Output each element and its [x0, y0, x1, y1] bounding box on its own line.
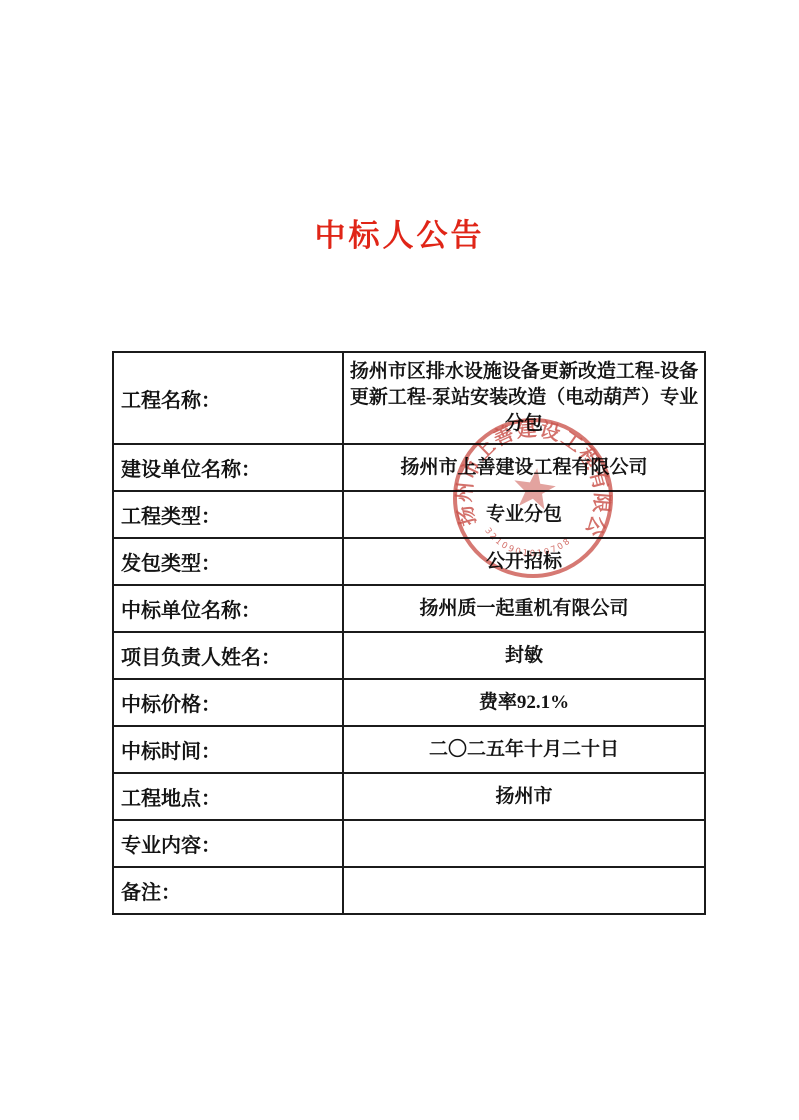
table-row-construction-unit: 建设单位名称： 扬州市上善建设工程有限公司	[113, 444, 705, 491]
table-row-winning-date: 中标时间： 二〇二五年十月二十日	[113, 726, 705, 773]
table-row-project-location: 工程地点： 扬州市	[113, 773, 705, 820]
label-winning-date: 中标时间：	[113, 726, 343, 773]
announcement-table: 工程名称： 扬州市区排水设施设备更新改造工程-设备更新工程-泵站安装改造（电动葫…	[112, 351, 706, 915]
label-project-leader: 项目负责人姓名：	[113, 632, 343, 679]
value-specialty-content	[343, 820, 705, 867]
value-project-name: 扬州市区排水设施设备更新改造工程-设备更新工程-泵站安装改造（电动葫芦）专业分包	[343, 352, 705, 444]
value-project-leader: 封敏	[343, 632, 705, 679]
table-row-project-name: 工程名称： 扬州市区排水设施设备更新改造工程-设备更新工程-泵站安装改造（电动葫…	[113, 352, 705, 444]
value-project-type: 专业分包	[343, 491, 705, 538]
label-project-type: 工程类型：	[113, 491, 343, 538]
label-construction-unit: 建设单位名称：	[113, 444, 343, 491]
value-winning-price: 费率92.1%	[343, 679, 705, 726]
value-winning-date: 二〇二五年十月二十日	[343, 726, 705, 773]
page-title: 中标人公告	[0, 218, 799, 254]
value-remarks	[343, 867, 705, 914]
label-remarks: 备注：	[113, 867, 343, 914]
announcement-page: 中标人公告 工程名称： 扬州市区排水设施设备更新改造工程-设备更新工程-泵站安装…	[0, 0, 799, 1120]
label-winning-price: 中标价格：	[113, 679, 343, 726]
table-row-contract-type: 发包类型： 公开招标	[113, 538, 705, 585]
value-construction-unit: 扬州市上善建设工程有限公司	[343, 444, 705, 491]
table-row-winning-unit: 中标单位名称： 扬州质一起重机有限公司	[113, 585, 705, 632]
table-row-project-leader: 项目负责人姓名： 封敏	[113, 632, 705, 679]
label-specialty-content: 专业内容：	[113, 820, 343, 867]
table-row-specialty-content: 专业内容：	[113, 820, 705, 867]
value-contract-type: 公开招标	[343, 538, 705, 585]
label-project-name: 工程名称：	[113, 352, 343, 444]
label-project-location: 工程地点：	[113, 773, 343, 820]
table-row-project-type: 工程类型： 专业分包	[113, 491, 705, 538]
table-row-remarks: 备注：	[113, 867, 705, 914]
label-winning-unit: 中标单位名称：	[113, 585, 343, 632]
value-project-location: 扬州市	[343, 773, 705, 820]
label-contract-type: 发包类型：	[113, 538, 343, 585]
value-winning-unit: 扬州质一起重机有限公司	[343, 585, 705, 632]
table-row-winning-price: 中标价格： 费率92.1%	[113, 679, 705, 726]
